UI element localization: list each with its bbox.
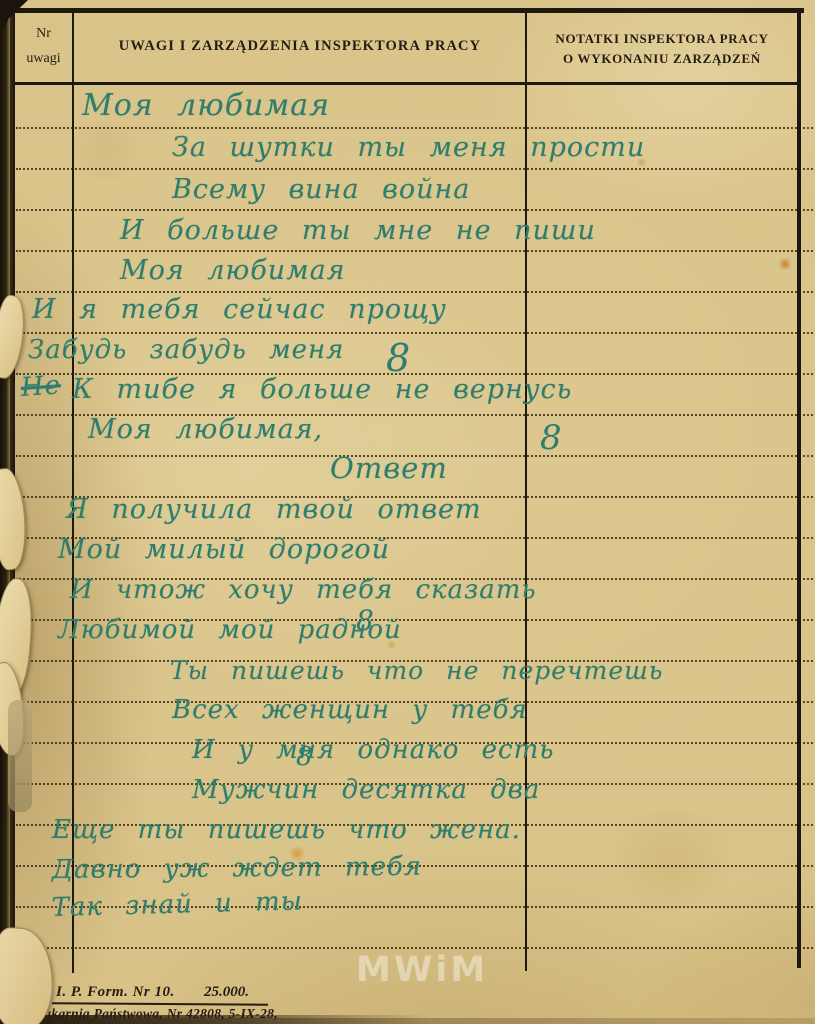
handwritten-line: Всему вина война <box>172 174 470 205</box>
pen-flourish: 8 <box>386 336 410 380</box>
handwritten-line: И у мня однако есть <box>192 735 554 765</box>
handwritten-line: К тибе я больше не вернусь <box>72 374 572 405</box>
handwritten-line: Любимой мой радной <box>58 615 402 645</box>
museum-watermark: MWiM <box>356 950 488 990</box>
handwritten-line: Моя любимая <box>120 255 346 286</box>
handwritten-line: Ты пишешь что не перечтешь <box>170 656 663 685</box>
handwritten-line: Моя любимая, <box>88 414 323 445</box>
handwritten-line: Мужчин десятка два <box>192 775 540 805</box>
page-bottom-edge <box>0 1015 430 1024</box>
handwritten-line: Моя любимая <box>82 88 330 123</box>
handwritten-line: Ответ <box>330 451 448 485</box>
pen-flourish: 8 <box>540 418 562 458</box>
handwritten-line: Мой милый дорогой <box>58 534 390 565</box>
handwritten-line: Так знай и ты <box>51 886 303 923</box>
handwritten-line: Еще ты пишешь что жена. <box>52 815 521 845</box>
torn-paper-piece <box>8 700 32 812</box>
handwritten-line: Давно уж ждет тебя <box>52 852 422 885</box>
handwritten-line: За шутки ты меня прости <box>172 132 645 163</box>
handwritten-line: Всех женщин у тебя <box>172 695 528 725</box>
handwritten-line: И я тебя сейчас прощу <box>32 294 447 325</box>
scanned-inspector-book-page: { "header": { "nr_line1": "Nr", "nr_line… <box>0 0 815 1024</box>
pen-flourish: 8 <box>356 604 374 637</box>
handwritten-struck-word: Не <box>20 370 62 403</box>
handwritten-line: Забудь забудь меня <box>28 335 344 365</box>
handwritten-line: И больше ты мне не пиши <box>120 215 596 246</box>
handwritten-line: И чтож хочу тебя сказать <box>70 575 537 605</box>
handwritten-line: Я получила твой ответ <box>66 494 482 525</box>
pen-flourish: 8 <box>296 742 313 772</box>
handwriting-layer: Моя любимаяЗа шутки ты меня простиВсему … <box>0 0 815 1024</box>
